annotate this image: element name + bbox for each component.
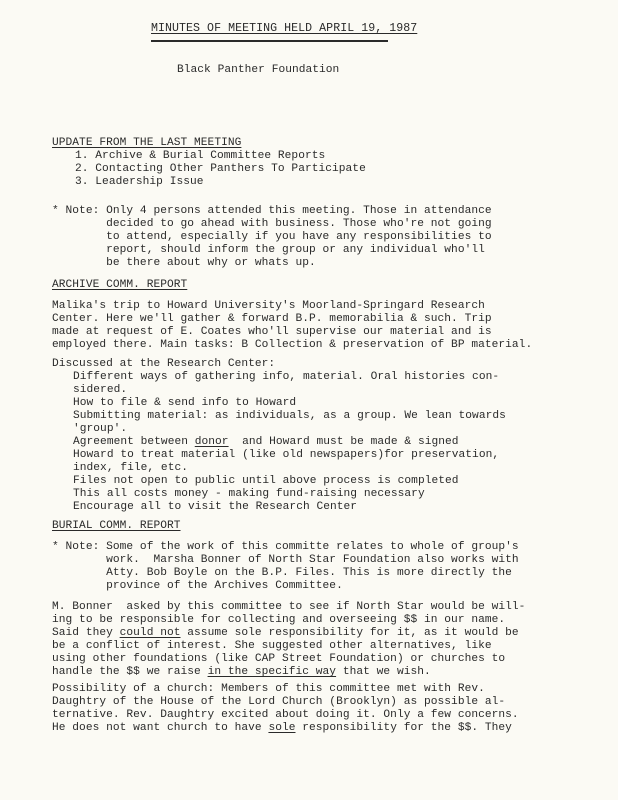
text-line: employed there. Main tasks: B Collection… xyxy=(52,339,532,352)
text-line: Atty. Bob Boyle on the B.P. Files. This … xyxy=(52,567,519,580)
text-span: and Howard must be made & signed xyxy=(229,436,459,448)
text-span: Said they xyxy=(52,627,120,639)
text-span: that we wish. xyxy=(336,666,431,678)
text-line: be there about why or whats up. xyxy=(52,257,492,270)
text-span: handle the $$ we raise xyxy=(52,666,208,678)
text-line: Possibility of a church: Members of this… xyxy=(52,683,519,696)
text-line: Files not open to public until above pro… xyxy=(73,475,506,488)
archive-discussed-label: Discussed at the Research Center: xyxy=(52,358,275,371)
burial-church-paragraph: Possibility of a church: Members of this… xyxy=(52,683,519,735)
text-line: Submitting material: as individuals, as … xyxy=(73,410,506,423)
text-line: 1. Archive & Burial Committee Reports xyxy=(75,150,366,163)
text-line: decided to go ahead with business. Those… xyxy=(52,218,492,231)
text-line: ternative. Rev. Daughtry excited about d… xyxy=(52,709,519,722)
text-line: Different ways of gathering info, materi… xyxy=(73,371,506,384)
text-line: sidered. xyxy=(73,384,506,397)
text-line: 3. Leadership Issue xyxy=(75,176,366,189)
text-line: This all costs money - making fund-raisi… xyxy=(73,488,506,501)
text-line: to attend, especially if you have any re… xyxy=(52,231,492,244)
document-page: MINUTES OF MEETING HELD APRIL 19, 1987 B… xyxy=(0,0,618,800)
update-note: * Note: Only 4 persons attended this mee… xyxy=(52,205,492,270)
archive-discussed-list: Different ways of gathering info, materi… xyxy=(73,371,506,514)
text-line: 2. Contacting Other Panthers To Particip… xyxy=(75,163,366,176)
text-line: How to file & send info to Howard xyxy=(73,397,506,410)
text-span: He does not want church to have xyxy=(52,722,268,734)
underlined-emphasis: in the specific way xyxy=(208,666,337,678)
title-double-underline xyxy=(151,40,388,42)
text-line: ing to be responsible for collecting and… xyxy=(52,614,525,627)
text-line: * Note: Only 4 persons attended this mee… xyxy=(52,205,492,218)
section-heading-archive: ARCHIVE COMM. REPORT xyxy=(52,279,187,292)
underlined-emphasis: sole xyxy=(268,722,295,734)
text-span: responsibility for the $$. They xyxy=(296,722,512,734)
organization-name: Black Panther Foundation xyxy=(177,64,339,77)
text-line: Malika's trip to Howard University's Moo… xyxy=(52,300,532,313)
text-line: made at request of E. Coates who'll supe… xyxy=(52,326,532,339)
burial-note: * Note: Some of the work of this committ… xyxy=(52,541,519,593)
text-line: Agreement between donor and Howard must … xyxy=(73,436,506,449)
section-heading-update: UPDATE FROM THE LAST MEETING xyxy=(52,137,241,150)
underlined-emphasis: donor xyxy=(195,436,229,448)
text-line: Said they could not assume sole responsi… xyxy=(52,627,525,640)
text-line: index, file, etc. xyxy=(73,462,506,475)
text-line: Howard to treat material (like old newsp… xyxy=(73,449,506,462)
text-line: work. Marsha Bonner of North Star Founda… xyxy=(52,554,519,567)
text-line: using other foundations (like CAP Street… xyxy=(52,653,525,666)
text-span: Agreement between xyxy=(73,436,195,448)
text-line: be a conflict of interest. She suggested… xyxy=(52,640,525,653)
document-title: MINUTES OF MEETING HELD APRIL 19, 1987 xyxy=(151,22,417,35)
text-line: * Note: Some of the work of this committ… xyxy=(52,541,519,554)
text-line: report, should inform the group or any i… xyxy=(52,244,492,257)
section-heading-burial: BURIAL COMM. REPORT xyxy=(52,520,181,533)
text-line: Encourage all to visit the Research Cent… xyxy=(73,501,506,514)
underlined-emphasis: could not xyxy=(120,627,181,639)
text-line: Daughtry of the House of the Lord Church… xyxy=(52,696,519,709)
text-line: He does not want church to have sole res… xyxy=(52,722,519,735)
text-line: handle the $$ we raise in the specific w… xyxy=(52,666,525,679)
update-agenda-list: 1. Archive & Burial Committee Reports2. … xyxy=(75,150,366,189)
text-line: M. Bonner asked by this committee to see… xyxy=(52,601,525,614)
text-line: province of the Archives Committee. xyxy=(52,580,519,593)
text-line: 'group'. xyxy=(73,423,506,436)
text-line: Center. Here we'll gather & forward B.P.… xyxy=(52,313,532,326)
burial-bonner-paragraph: M. Bonner asked by this committee to see… xyxy=(52,601,525,679)
archive-paragraph: Malika's trip to Howard University's Moo… xyxy=(52,300,532,352)
text-span: assume sole responsibility for it, as it… xyxy=(181,627,519,639)
